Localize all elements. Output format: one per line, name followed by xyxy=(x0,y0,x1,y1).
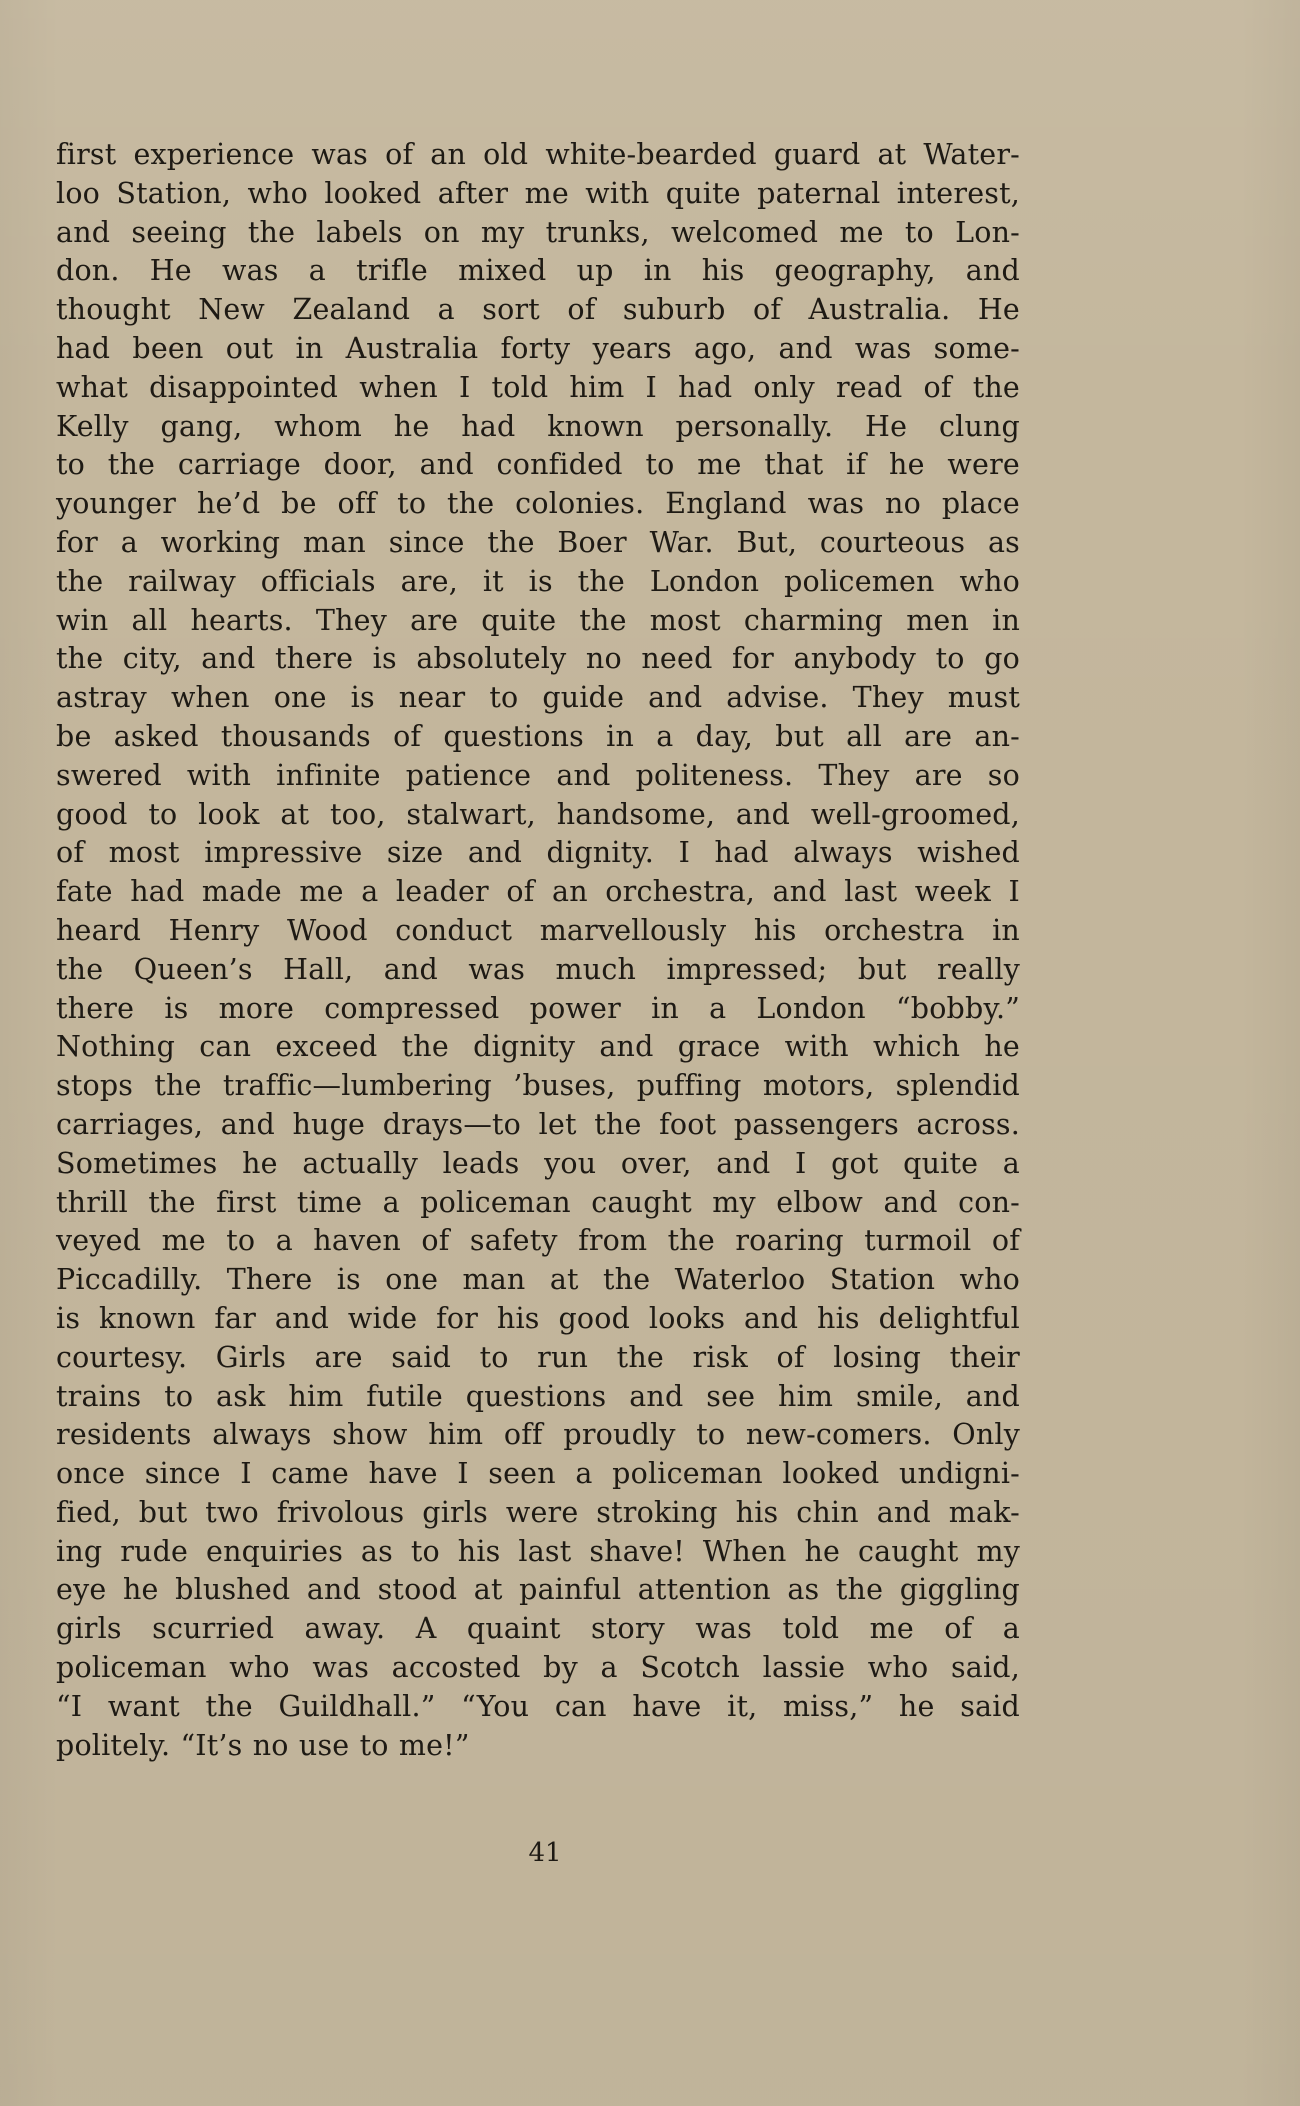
text-line: swered with infinite patience and polite… xyxy=(56,757,1020,796)
text-line: heard Henry Wood conduct marvellously hi… xyxy=(56,912,1020,951)
text-line: the city, and there is absolutely no nee… xyxy=(56,640,1020,679)
text-line: there is more compressed power in a Lond… xyxy=(56,990,1020,1029)
text-line: residents always show him off proudly to… xyxy=(56,1416,1020,1455)
text-line: courtesy. Girls are said to run the risk… xyxy=(56,1339,1020,1378)
text-line: is known far and wide for his good looks… xyxy=(56,1300,1020,1339)
text-line: the Queen’s Hall, and was much impressed… xyxy=(56,951,1020,990)
text-line: don. He was a trifle mixed up in his geo… xyxy=(56,252,1020,291)
text-line: Nothing can exceed the dignity and grace… xyxy=(56,1028,1020,1067)
text-line: once since I came have I seen a policema… xyxy=(56,1455,1020,1494)
text-line: astray when one is near to guide and adv… xyxy=(56,679,1020,718)
text-line: Kelly gang, whom he had known personally… xyxy=(56,408,1020,447)
text-line: girls scurried away. A quaint story was … xyxy=(56,1610,1020,1649)
text-line: carriages, and huge drays—to let the foo… xyxy=(56,1106,1020,1145)
text-line: “I want the Guildhall.” “You can have it… xyxy=(56,1688,1020,1727)
text-line: ing rude enquiries as to his last shave!… xyxy=(56,1533,1020,1572)
text-line: trains to ask him futile questions and s… xyxy=(56,1378,1020,1417)
text-line-last: politely. “It’s no use to me!” xyxy=(56,1727,1020,1766)
text-line: fate had made me a leader of an orchestr… xyxy=(56,873,1020,912)
text-line: and seeing the labels on my trunks, welc… xyxy=(56,214,1020,253)
text-line: had been out in Australia forty years ag… xyxy=(56,330,1020,369)
text-line: eye he blushed and stood at painful atte… xyxy=(56,1571,1020,1610)
text-line: thought New Zealand a sort of suburb of … xyxy=(56,291,1020,330)
text-line: stops the traffic—lumbering ’buses, puff… xyxy=(56,1067,1020,1106)
text-line: thrill the first time a policeman caught… xyxy=(56,1184,1020,1223)
text-line: younger he’d be off to the colonies. Eng… xyxy=(56,485,1020,524)
text-line: be asked thousands of questions in a day… xyxy=(56,718,1020,757)
text-line: of most impressive size and dignity. I h… xyxy=(56,834,1020,873)
text-line: policeman who was accosted by a Scotch l… xyxy=(56,1649,1020,1688)
page-number: 41 xyxy=(0,1838,1090,1868)
text-line: loo Station, who looked after me with qu… xyxy=(56,175,1020,214)
text-line: the railway officials are, it is the Lon… xyxy=(56,563,1020,602)
text-line: win all hearts. They are quite the most … xyxy=(56,602,1020,641)
text-line: what disappointed when I told him I had … xyxy=(56,369,1020,408)
text-line: for a working man since the Boer War. Bu… xyxy=(56,524,1020,563)
text-line: good to look at too, stalwart, handsome,… xyxy=(56,796,1020,835)
body-text: first experience was of an old white-bea… xyxy=(56,136,1020,1765)
text-line: to the carriage door, and confided to me… xyxy=(56,446,1020,485)
text-line: fied, but two frivolous girls were strok… xyxy=(56,1494,1020,1533)
text-line: Sometimes he actually leads you over, an… xyxy=(56,1145,1020,1184)
text-line: first experience was of an old white-bea… xyxy=(56,136,1020,175)
book-page: first experience was of an old white-bea… xyxy=(0,0,1300,2106)
text-line: veyed me to a haven of safety from the r… xyxy=(56,1222,1020,1261)
text-line: Piccadilly. There is one man at the Wate… xyxy=(56,1261,1020,1300)
